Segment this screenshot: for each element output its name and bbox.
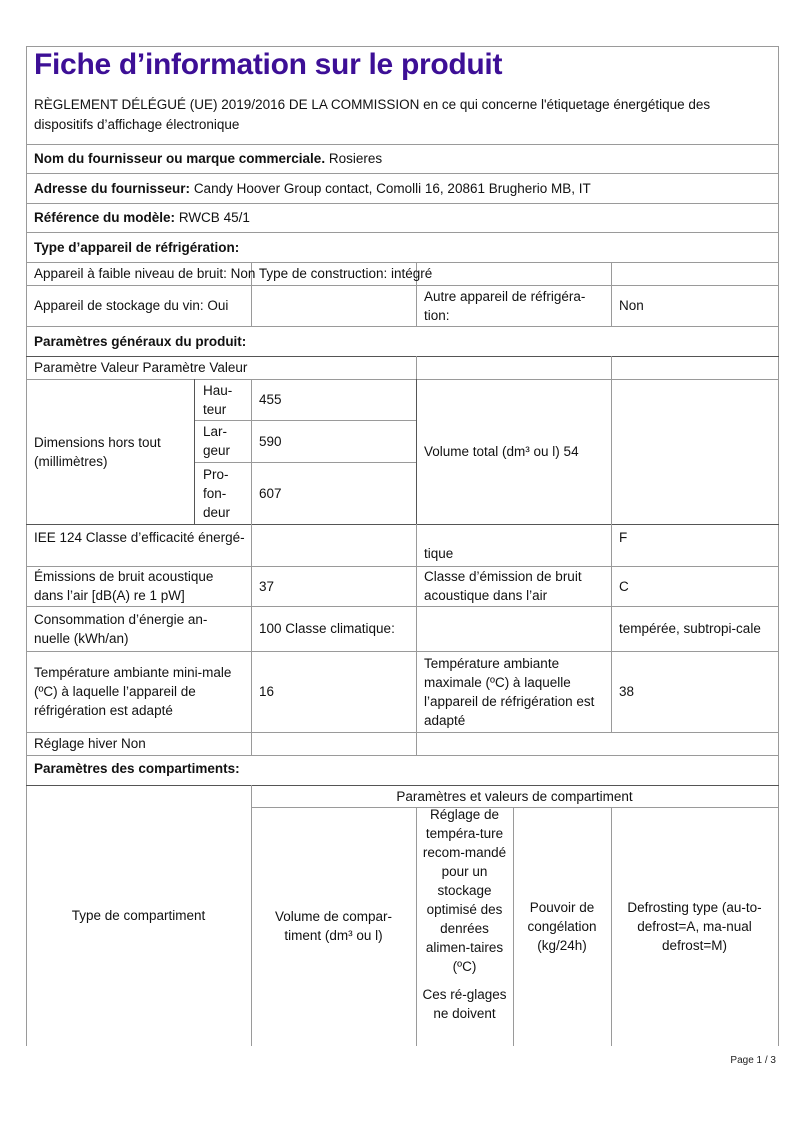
frame-top [26, 46, 779, 47]
supplier-name-label: Nom du fournisseur ou marque commerciale… [34, 149, 325, 168]
appliance-type-heading: Type d’appareil de réfrigération: [26, 232, 778, 262]
energy-consumption-value: 100 Classe climatique: [251, 606, 416, 651]
regulation-text: RÈGLEMENT DÉLÉGUÉ (UE) 2019/2016 DE LA C… [34, 95, 764, 135]
freezing-capacity-header: Pouvoir de congélation (kg/24h) [513, 807, 611, 1045]
dimension-width-label: Lar-geur [194, 420, 251, 462]
noise-emission-label: Émissions de bruit acoustique dans l’air… [26, 566, 251, 606]
iee-label-continued: tique [416, 540, 611, 566]
dimension-depth-label: Pro-fon-deur [194, 462, 251, 524]
low-noise-row: Appareil à faible niveau de bruit: Non T… [26, 262, 446, 285]
supplier-name-value: Rosieres [329, 149, 382, 168]
dimensions-label: Dimensions hors tout (millimètres) [26, 379, 194, 524]
general-params-heading: Paramètres généraux du produit: [26, 326, 778, 356]
wine-storage: Appareil de stockage du vin: Oui [26, 285, 251, 326]
compartment-type-header: Type de compartiment [26, 785, 251, 1045]
noise-class-value: C [611, 566, 778, 606]
iee-label: IEE 124 Classe d’efficacité énergé- [26, 524, 286, 566]
model-row: Référence du modèle: RWCB 45/1 [26, 203, 778, 232]
winter-setting: Réglage hiver Non [26, 732, 251, 755]
min-temp-value: 16 [251, 651, 416, 732]
compartment-group-header: Paramètres et valeurs de compartiment [251, 785, 778, 807]
noise-emission-value: 37 [251, 566, 416, 606]
other-appliance-label: Autre appareil de réfrigéra-tion: [416, 285, 611, 326]
dimension-height-value: 455 [251, 379, 416, 420]
settings-note: Ces ré-glages ne doivent [416, 985, 513, 1045]
energy-consumption-label: Consommation d’énergie an-nuelle (kWh/an… [26, 606, 251, 651]
supplier-address-label: Adresse du fournisseur: [34, 179, 190, 198]
compartment-volume-header: Volume de compar-timent (dm³ ou l) [251, 807, 416, 1045]
total-volume: Volume total (dm³ ou l) 54 [416, 379, 611, 524]
efficiency-class-value: F [611, 524, 778, 566]
supplier-name-row: Nom du fournisseur ou marque commerciale… [26, 144, 778, 173]
model-label: Référence du modèle: [34, 208, 175, 227]
compartments-heading: Paramètres des compartiments: [26, 755, 778, 785]
recommended-temp-header: Réglage de tempéra-ture recom-mandé pour… [416, 807, 513, 974]
noise-class-label: Classe d’émission de bruit acoustique da… [416, 566, 611, 606]
page-title: Fiche d’information sur le produit [34, 48, 502, 82]
dimension-depth-value: 607 [251, 462, 416, 524]
climate-class-value: tempérée, subtropi-cale [611, 606, 778, 651]
params-header-row: Paramètre Valeur Paramètre Valeur [26, 356, 416, 379]
dimension-height-label: Hau-teur [194, 379, 251, 420]
defrosting-type-header: Defrosting type (au-to-defrost=A, ma-nua… [611, 807, 778, 1045]
model-value: RWCB 45/1 [179, 208, 250, 227]
other-appliance-value: Non [611, 285, 778, 326]
dimension-width-value: 590 [251, 420, 416, 462]
supplier-address-row: Adresse du fournisseur: Candy Hoover Gro… [26, 173, 778, 203]
page-indicator: Page 1 / 3 [730, 1055, 776, 1066]
min-temp-label: Température ambiante mini-male (ºC) à la… [26, 651, 251, 732]
frame-right [778, 46, 779, 1046]
product-info-sheet: Fiche d’information sur le produit RÈGLE… [0, 0, 802, 1134]
max-temp-label: Température ambiante maximale (ºC) à laq… [416, 651, 611, 732]
max-temp-value: 38 [611, 651, 778, 732]
supplier-address-value: Candy Hoover Group contact, Comolli 16, … [194, 179, 591, 198]
